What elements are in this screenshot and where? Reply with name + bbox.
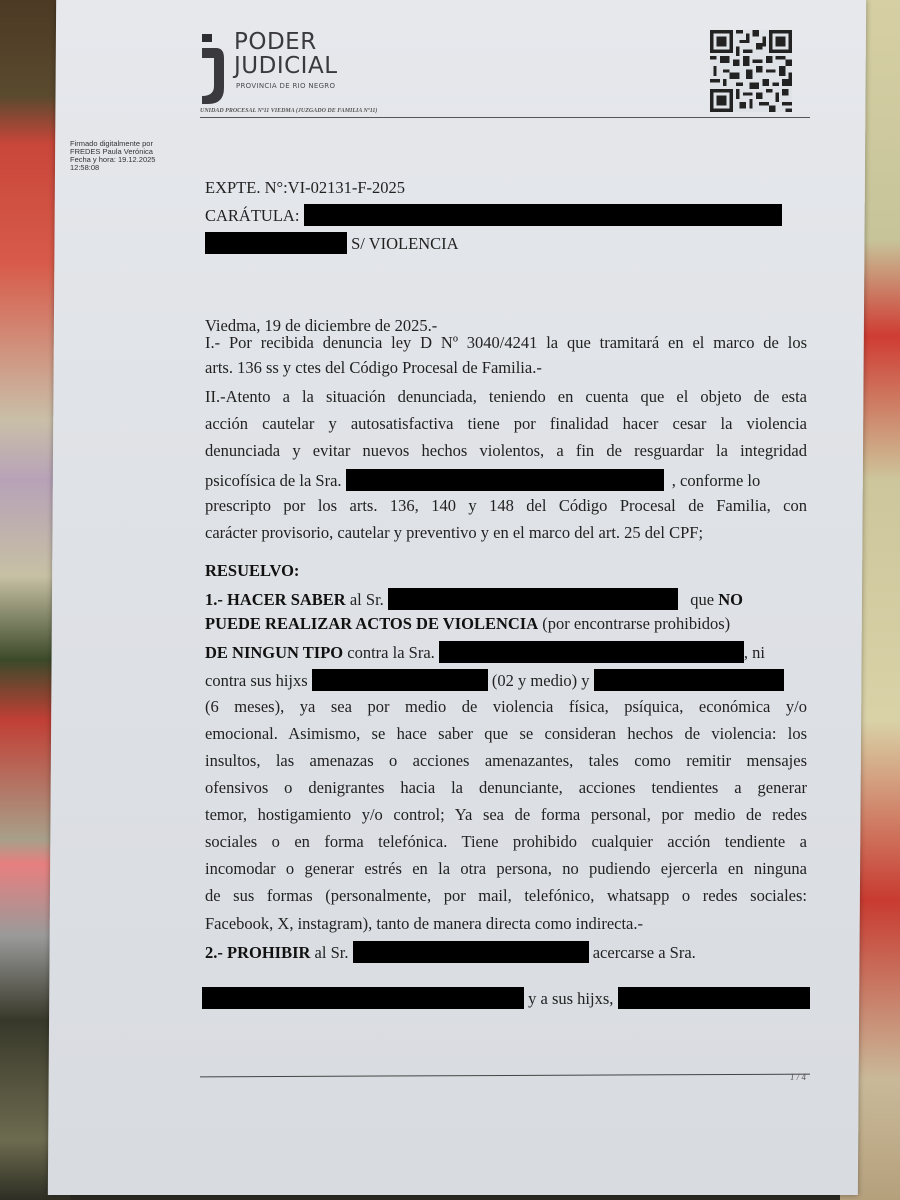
caratula-line: CARÁTULA: (205, 204, 782, 226)
paragraph-line: prescripto por los arts. 136, 140 y 148 … (205, 496, 807, 516)
paragraph-line: carácter provisorio, cautelar y preventi… (205, 523, 703, 543)
paragraph-line: arts. 136 ss y ctes del Código Procesal … (205, 358, 542, 378)
redacted-block (346, 469, 664, 491)
paragraph-line: ofensivos o denigrantes hacia la denunci… (205, 778, 807, 798)
case-number: EXPTE. N°:VI-02131-F-2025 (205, 178, 405, 198)
paragraph-line: y a sus hijxs, (202, 987, 810, 1009)
paragraph-line: contra sus hijxs (02 y medio) y (205, 669, 784, 691)
redacted-block (594, 669, 784, 691)
redacted-block (618, 987, 810, 1009)
poder-judicial-logo: PODER JUDICIAL PROVINCIA DE RIO NEGRO (200, 30, 370, 110)
digital-signature-stamp: Firmado digitalmente por FREDES Paula Ve… (70, 140, 210, 172)
header-rule (200, 117, 810, 118)
redacted-block (202, 987, 524, 1009)
redacted-block (304, 204, 782, 226)
logo-subtitle: PROVINCIA DE RIO NEGRO (236, 82, 335, 90)
paragraph-line: 1.- HACER SABER al Sr. que NO (205, 588, 743, 610)
paragraph-line: I.- Por recibida denuncia ley D Nº 3040/… (205, 333, 807, 353)
paragraph-line: emocional. Asimismo, se hace saber que s… (205, 724, 807, 744)
redacted-block (205, 232, 347, 254)
paragraph-line: (6 meses), ya sea por medio de violencia… (205, 697, 807, 717)
redacted-block (439, 641, 744, 663)
redacted-block (353, 941, 589, 963)
qr-code-icon (710, 30, 792, 112)
caratula-line-2: S/ VIOLENCIA (205, 232, 459, 254)
paragraph-line: insultos, las amenazas o acciones amenaz… (205, 751, 807, 771)
paragraph-line: 2.- PROHIBIR al Sr. acercarse a Sra. (205, 941, 696, 963)
paragraph-line: sociales o en forma telefónica. Tiene pr… (205, 832, 807, 852)
paragraph-line: Facebook, X, instagram), tanto de manera… (205, 914, 643, 934)
paragraph-line: psicofísica de la Sra. , conforme lo (205, 469, 760, 491)
redacted-block (388, 588, 678, 610)
paragraph-line: incomodar o generar estrés en la otra pe… (205, 859, 807, 879)
page-number: 1 / 4 (790, 1072, 806, 1082)
paragraph-line: temor, hostigamiento y/o control; Ya sea… (205, 805, 807, 825)
logo-emblem-icon (200, 34, 226, 104)
logo-title: PODER JUDICIAL (234, 30, 338, 78)
paragraph-line: DE NINGUN TIPO contra la Sra. , ni (205, 641, 765, 663)
paragraph-line: denunciada y evitar nuevos hechos violen… (205, 441, 807, 461)
paragraph-line: acción cautelar y autosatisfactiva tiene… (205, 414, 807, 434)
redacted-block (312, 669, 488, 691)
paragraph-line: PUEDE REALIZAR ACTOS DE VIOLENCIA (por e… (205, 614, 730, 634)
paragraph-line: de sus formas (personalmente, por mail, … (205, 886, 807, 906)
paragraph-line: II.-Atento a la situación denunciada, te… (205, 387, 807, 407)
resuelvo-heading: RESUELVO: (205, 561, 299, 581)
